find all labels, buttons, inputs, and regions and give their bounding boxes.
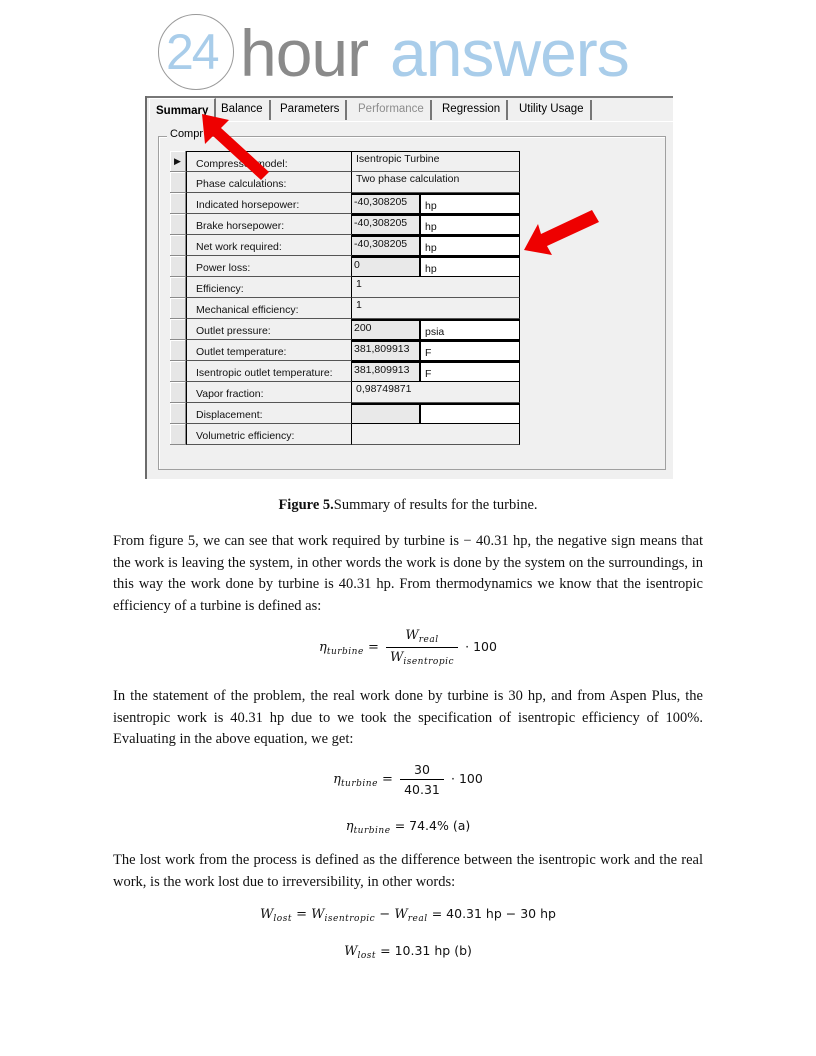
row-header[interactable]	[170, 277, 186, 298]
row-value: 381,809913	[352, 361, 420, 382]
row-header[interactable]	[170, 172, 186, 193]
w-subscript: isentropic	[325, 914, 376, 924]
w-symbol: W	[344, 944, 357, 959]
eta-symbol: η	[319, 640, 327, 655]
row-label: Outlet pressure:	[186, 319, 352, 340]
row-header[interactable]	[170, 403, 186, 424]
tab-parameters[interactable]: Parameters	[274, 100, 347, 120]
eta-symbol: η	[346, 819, 354, 834]
paragraph-1: From figure 5, we can see that work requ…	[113, 531, 703, 617]
w-subscript: lost	[273, 914, 292, 924]
equation-efficiency-evaluated: ηturbine = 30 40.31 · 100	[0, 762, 816, 797]
row-header[interactable]	[170, 214, 186, 235]
unit-field[interactable]: F	[420, 340, 520, 361]
results-grid: ▶Compressor model:Isentropic TurbinePhas…	[170, 151, 520, 445]
grid-row[interactable]: Isentropic outlet temperature:381,809913…	[170, 361, 520, 382]
row-value: -40,308205	[352, 235, 420, 256]
logo-word-hour: hour	[240, 20, 368, 86]
row-value: -40,308205	[352, 193, 420, 214]
unit-field[interactable]: F	[420, 361, 520, 382]
equation-lost-work-definition: Wlost = Wisentropic − Wreal = 40.31 hp −…	[0, 906, 816, 924]
row-value: 1	[352, 277, 520, 298]
figure-label: Figure 5.	[278, 497, 333, 513]
row-label: Volumetric efficiency:	[186, 424, 352, 445]
row-label: Indicated horsepower:	[186, 193, 352, 214]
w-symbol: W	[260, 907, 273, 922]
row-label: Efficiency:	[186, 277, 352, 298]
logo-number: 24	[166, 22, 218, 82]
row-header[interactable]	[170, 319, 186, 340]
equation-rhs: = 10.31 hp (b)	[380, 943, 472, 958]
row-header[interactable]	[170, 382, 186, 403]
logo-24houranswers: 24 hour answers	[158, 14, 628, 90]
row-value	[352, 424, 520, 445]
grid-row[interactable]: Mechanical efficiency:1	[170, 298, 520, 319]
w-symbol: W	[390, 650, 403, 665]
row-header[interactable]	[170, 193, 186, 214]
row-label: Vapor fraction:	[186, 382, 352, 403]
equation-tail: · 100	[451, 771, 483, 786]
row-label: Outlet temperature:	[186, 340, 352, 361]
row-label: Displacement:	[186, 403, 352, 424]
tab-regression[interactable]: Regression	[436, 100, 508, 120]
row-value: 0,98749871	[352, 382, 520, 403]
grid-row[interactable]: Indicated horsepower:-40,308205hp	[170, 193, 520, 214]
tab-performance[interactable]: Performance	[352, 100, 432, 120]
row-header[interactable]	[170, 424, 186, 445]
row-value: 1	[352, 298, 520, 319]
w-symbol: W	[405, 628, 418, 643]
row-label: Isentropic outlet temperature:	[186, 361, 352, 382]
grid-row[interactable]: Outlet pressure:200psia	[170, 319, 520, 340]
grid-row[interactable]: Power loss:0hp	[170, 256, 520, 277]
eta-subscript: turbine	[327, 647, 364, 657]
row-label: Mechanical efficiency:	[186, 298, 352, 319]
unit-field[interactable]: hp	[420, 214, 520, 235]
red-arrow-summary-icon	[195, 110, 275, 185]
grid-row[interactable]: Volumetric efficiency:	[170, 424, 520, 445]
w-subscript: real	[408, 914, 428, 924]
row-label: Power loss:	[186, 256, 352, 277]
fraction: 30 40.31	[400, 762, 444, 797]
unit-field[interactable]: psia	[420, 319, 520, 340]
grid-row[interactable]: Outlet temperature:381,809913F	[170, 340, 520, 361]
equation-lost-work-result: Wlost = 10.31 hp (b)	[0, 943, 816, 961]
red-arrow-net-work-icon	[520, 208, 602, 258]
w-symbol: W	[311, 907, 324, 922]
row-selector-arrow-icon[interactable]: ▶	[170, 151, 186, 172]
row-header[interactable]	[170, 235, 186, 256]
denominator: 40.31	[400, 780, 444, 797]
fraction: Wreal Wisentropic	[386, 628, 458, 667]
w-subscript: real	[419, 635, 439, 645]
row-header[interactable]	[170, 256, 186, 277]
row-label: Brake horsepower:	[186, 214, 352, 235]
figure-caption-text: Summary of results for the turbine.	[334, 497, 538, 513]
unit-field[interactable]	[420, 403, 520, 424]
grid-row[interactable]: Displacement:	[170, 403, 520, 424]
equation-rhs: = 74.4% (a)	[395, 818, 471, 833]
eta-subscript: turbine	[341, 779, 378, 789]
paragraph-3: The lost work from the process is define…	[113, 850, 703, 893]
equation-efficiency-definition: ηturbine = Wreal Wisentropic · 100	[0, 628, 816, 667]
row-value: Two phase calculation	[352, 172, 520, 193]
row-value	[352, 403, 420, 424]
logo-word-answers: answers	[390, 20, 629, 86]
row-header[interactable]	[170, 298, 186, 319]
row-value: -40,308205	[352, 214, 420, 235]
grid-row[interactable]: Brake horsepower:-40,308205hp	[170, 214, 520, 235]
grid-row[interactable]: Net work required:-40,308205hp	[170, 235, 520, 256]
equation-rhs: = 40.31 hp − 30 hp	[432, 906, 556, 921]
figure-caption: Figure 5.Summary of results for the turb…	[0, 497, 816, 514]
grid-row[interactable]: Vapor fraction:0,98749871	[170, 382, 520, 403]
w-symbol: W	[394, 907, 407, 922]
paragraph-2: In the statement of the problem, the rea…	[113, 686, 703, 751]
row-header[interactable]	[170, 340, 186, 361]
eta-symbol: η	[333, 772, 341, 787]
eta-subscript: turbine	[354, 826, 391, 836]
tab-utility-usage[interactable]: Utility Usage	[513, 100, 592, 120]
unit-field[interactable]: hp	[420, 235, 520, 256]
row-value: Isentropic Turbine	[352, 151, 520, 172]
row-value: 200	[352, 319, 420, 340]
tab-divider	[211, 121, 673, 122]
row-value: 381,809913	[352, 340, 420, 361]
unit-field[interactable]: hp	[420, 256, 520, 277]
row-label: Net work required:	[186, 235, 352, 256]
numerator: 30	[400, 762, 444, 780]
row-value: 0	[352, 256, 420, 277]
equation-efficiency-result: ηturbine = 74.4% (a)	[0, 818, 816, 836]
w-subscript: isentropic	[403, 657, 454, 667]
grid-row[interactable]: Efficiency:1	[170, 277, 520, 298]
w-subscript: lost	[357, 951, 376, 961]
unit-field[interactable]: hp	[420, 193, 520, 214]
row-header[interactable]	[170, 361, 186, 382]
equation-tail: · 100	[465, 639, 497, 654]
